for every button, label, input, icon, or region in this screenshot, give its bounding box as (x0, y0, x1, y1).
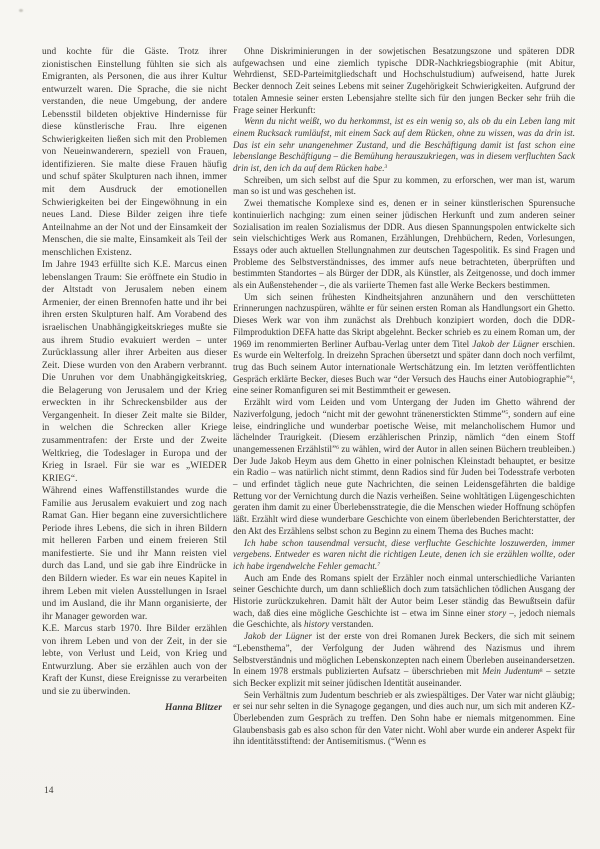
left-column-text: und kochte für die Gäste. Trotz ihrer zi… (42, 46, 227, 698)
paragraph: Sein Verhältnis zum Judentum beschrieb e… (233, 690, 575, 749)
paragraph: Auch am Ende des Romans spielt der Erzäh… (233, 573, 575, 632)
book-page: und kochte für die Gäste. Trotz ihrer zi… (0, 0, 600, 849)
paragraph: Schreiben, um sich selbst auf die Spur z… (233, 175, 575, 198)
footnote-reference: 5 (505, 410, 508, 416)
paragraph: Ohne Diskriminierungen in der sowjetisch… (233, 46, 575, 116)
footnote-reference: 4 (570, 375, 573, 381)
quote-paragraph: Ich habe schon tausendmal versucht, dies… (233, 538, 575, 573)
paragraph: und kochte für die Gäste. Trotz ihrer zi… (42, 46, 227, 259)
paragraph: Während eines Waffenstillstandes wurde d… (42, 485, 227, 623)
paragraph: Jakob der Lügner ist der erste von drei … (233, 631, 575, 690)
paragraph: Im Jahre 1943 erfüllte sich K.E. Marcus … (42, 259, 227, 485)
author-signature: Hanna Blitzer (42, 702, 227, 715)
right-column-text: Ohne Diskriminierungen in der sowjetisch… (233, 46, 575, 748)
paragraph: K.E. Marcus starb 1970. Ihre Bilder erzä… (42, 623, 227, 698)
paragraph: Erzählt wird vom Leiden und vom Untergan… (233, 397, 575, 537)
footnote-reference: 6 (336, 445, 339, 451)
right-column: Ohne Diskriminierungen in der sowjetisch… (233, 46, 575, 748)
quote-paragraph: Wenn du nicht weißt, wo du herkommst, is… (233, 116, 575, 175)
paragraph: Um sich seinen frühesten Kindheitsjahren… (233, 292, 575, 397)
left-column: und kochte für die Gäste. Trotz ihrer zi… (42, 46, 227, 715)
paragraph: Zwei thematische Komplexe sind es, denen… (233, 198, 575, 292)
footnote-reference: 3 (385, 164, 388, 170)
footnote-reference: 8 (540, 668, 543, 674)
footnote-reference: 7 (377, 562, 380, 568)
scan-artifact (19, 9, 23, 12)
page-number: 14 (44, 786, 54, 796)
